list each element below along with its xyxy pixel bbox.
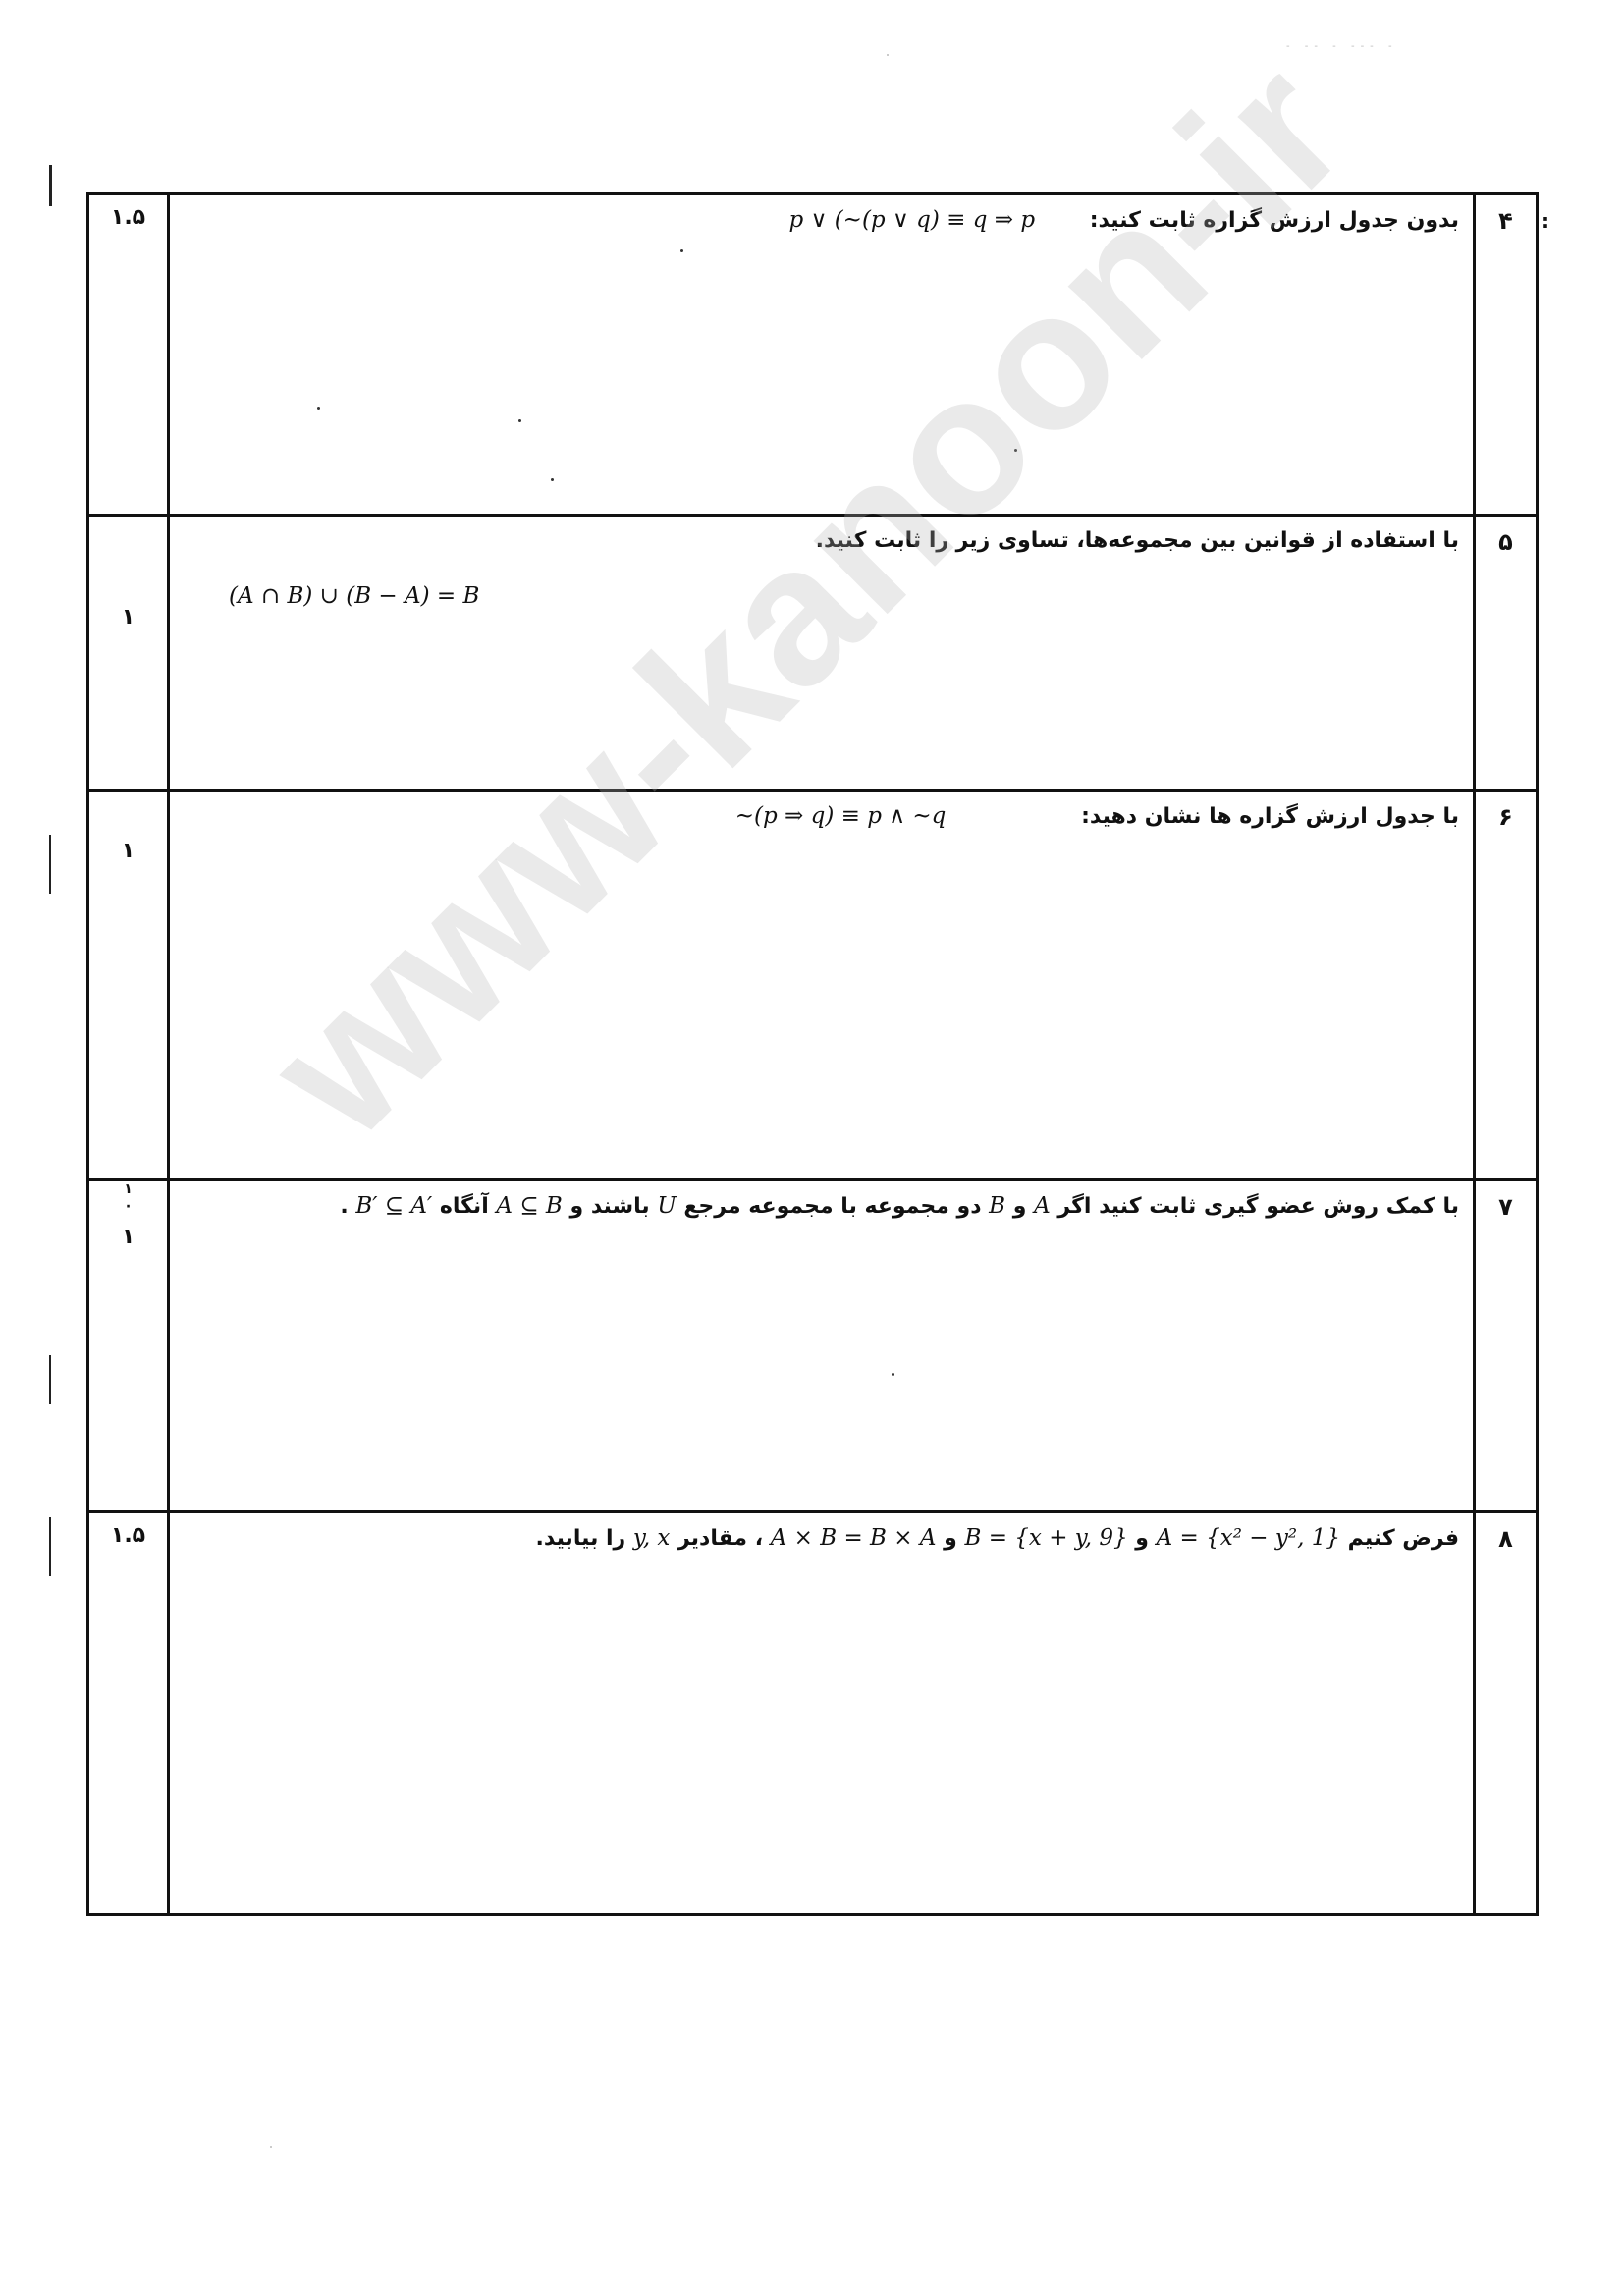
score-cell: ۱.۵ <box>88 194 169 516</box>
set-a: A <box>1034 1193 1051 1219</box>
cartesian-equality: A × B = B × A <box>771 1525 937 1551</box>
scan-speck <box>317 407 320 410</box>
score-value: ۱ <box>122 839 135 863</box>
scan-speck <box>270 2146 272 2148</box>
question-text-part: و <box>1013 1194 1027 1219</box>
score-value: ۱.۵ <box>111 1523 145 1548</box>
question-line: با کمک روش عضو گیری ثابت کنید اگر A و B … <box>189 1193 1459 1219</box>
question-cell: فرض کنیم A = {x² − y², 1} و B = {x + y, … <box>169 1512 1475 1915</box>
question-cell: با کمک روش عضو گیری ثابت کنید اگر A و B … <box>169 1180 1475 1512</box>
number-cell: ۷ <box>1475 1180 1538 1512</box>
question-formula: ~(p ⇒ q) ≡ p ∧ ~q <box>735 803 947 829</box>
question-line: با جدول ارزش گزاره ها نشان دهید: ~(p ⇒ q… <box>189 803 1459 829</box>
question-number: ۶ <box>1498 803 1513 831</box>
margin-mark <box>49 835 51 894</box>
scan-speck <box>1014 449 1017 452</box>
unknowns: y, x <box>633 1525 671 1551</box>
score-value: ۱ <box>89 1225 167 1249</box>
number-cell: ۶ <box>1475 791 1538 1180</box>
question-row-7: ۱ · ۱ با کمک روش عضو گیری ثابت کنید اگر … <box>88 1180 1538 1512</box>
question-line: با استفاده از قوانین بین مجموعه‌ها، تساو… <box>189 528 1459 553</box>
scan-speck <box>551 478 554 481</box>
subset-formula: A ⊆ B <box>496 1193 562 1219</box>
question-text: با استفاده از قوانین بین مجموعه‌ها، تساو… <box>816 528 1459 553</box>
complement-formula: B′ ⊆ A′ <box>355 1193 432 1219</box>
question-number: ۵ <box>1498 528 1513 556</box>
scan-speck <box>892 1373 894 1376</box>
question-text-part: و <box>1135 1526 1149 1551</box>
score-cell: ۱ · ۱ <box>88 1180 169 1512</box>
question-text-part: . <box>340 1194 348 1219</box>
margin-mark <box>49 1517 51 1576</box>
question-formula: p ∨ (~(p ∨ q) ≡ q ⇒ p <box>789 207 1036 233</box>
question-row-6: ۱ با جدول ارزش گزاره ها نشان دهید: ~(p ⇒… <box>88 791 1538 1180</box>
question-text: با جدول ارزش گزاره ها نشان دهید: <box>1081 804 1459 829</box>
question-row-8: ۱.۵ فرض کنیم A = {x² − y², 1} و B = {x +… <box>88 1512 1538 1915</box>
margin-mark <box>49 1355 51 1404</box>
set-b: B <box>989 1193 1005 1219</box>
question-text-part: و <box>944 1526 957 1551</box>
exam-page: - -- - --- - : ۱.۵ بدون جدول ارزش گزاره … <box>0 0 1624 2296</box>
scan-speck <box>518 419 521 422</box>
question-text-part: ، مقادیر <box>677 1526 763 1551</box>
margin-colon: : <box>1542 209 1549 233</box>
question-number: ۸ <box>1498 1525 1513 1553</box>
score-value: ۱.۵ <box>111 205 145 230</box>
question-text: بدون جدول ارزش گزاره ثابت کنید: <box>1090 208 1459 233</box>
question-text-part: با کمک روش عضو گیری ثابت کنید اگر <box>1057 1194 1459 1219</box>
margin-mark <box>49 165 52 206</box>
question-number: ۷ <box>1498 1193 1513 1221</box>
score-cell: ۱ <box>88 516 169 791</box>
number-cell: ۵ <box>1475 516 1538 791</box>
question-text-part: باشند و <box>569 1194 649 1219</box>
question-line: بدون جدول ارزش گزاره ثابت کنید: p ∨ (~(p… <box>189 207 1459 233</box>
question-cell: با استفاده از قوانین بین مجموعه‌ها، تساو… <box>169 516 1475 791</box>
question-text-part: فرض کنیم <box>1348 1526 1459 1551</box>
question-number: ۴ <box>1498 207 1513 235</box>
question-text-part: دو مجموعه با مجموعه مرجع <box>683 1194 981 1219</box>
question-text-part: آنگاه <box>440 1194 489 1219</box>
set-b-definition: B = {x + y, 9} <box>964 1525 1127 1551</box>
number-cell: ۸ <box>1475 1512 1538 1915</box>
scan-speck <box>680 249 683 252</box>
question-cell: بدون جدول ارزش گزاره ثابت کنید: p ∨ (~(p… <box>169 194 1475 516</box>
score-cell: ۱.۵ <box>88 1512 169 1915</box>
set-a-definition: A = {x² − y², 1} <box>1157 1525 1340 1551</box>
question-row-4: ۱.۵ بدون جدول ارزش گزاره ثابت کنید: p ∨ … <box>88 194 1538 516</box>
question-row-5: ۱ با استفاده از قوانین بین مجموعه‌ها، تس… <box>88 516 1538 791</box>
number-cell: ۴ <box>1475 194 1538 516</box>
score-note-mark: · <box>89 1199 167 1215</box>
question-line: فرض کنیم A = {x² − y², 1} و B = {x + y, … <box>536 1525 1459 1551</box>
score-cell: ۱ <box>88 791 169 1180</box>
exam-table: ۱.۵ بدون جدول ارزش گزاره ثابت کنید: p ∨ … <box>86 192 1539 1916</box>
scan-speck <box>887 54 889 56</box>
question-text-part: را بیابید. <box>536 1526 626 1551</box>
universal-set: U <box>657 1193 676 1219</box>
score-value: ۱ <box>122 605 135 629</box>
score-note: ۱ <box>89 1181 167 1197</box>
question-cell: با جدول ارزش گزاره ها نشان دهید: ~(p ⇒ q… <box>169 791 1475 1180</box>
question-formula: (A ∩ B) ∪ (B − A) = B <box>229 583 479 609</box>
scan-marks: - -- - --- - <box>1286 41 1398 52</box>
